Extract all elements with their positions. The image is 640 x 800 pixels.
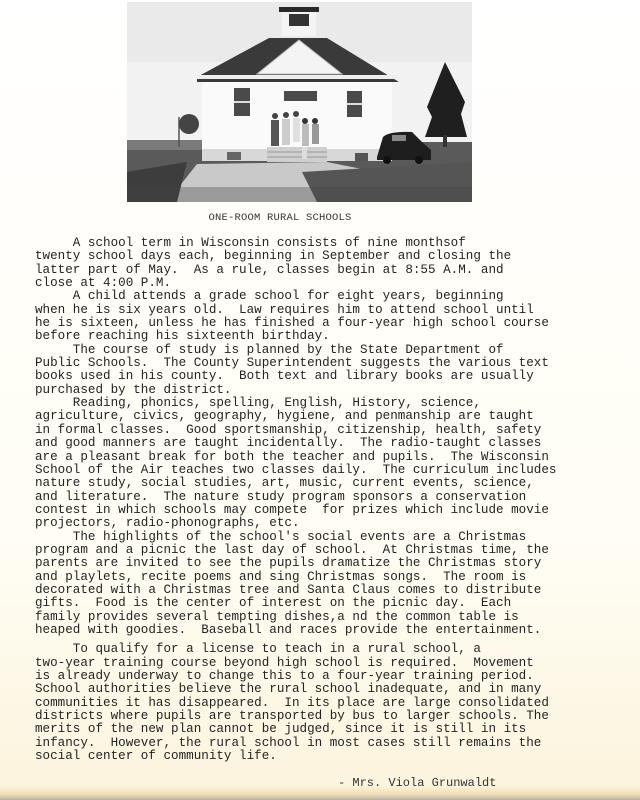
- paragraph: A school term in Wisconsin consists of n…: [35, 237, 635, 290]
- text-line: infancy. However, the rural school in mo…: [35, 737, 635, 750]
- text-line: School authorities believe the rural sch…: [35, 683, 635, 696]
- paragraph: A child attends a grade school for eight…: [35, 290, 635, 343]
- text-line: communities it has disappeared. In its p…: [35, 697, 635, 710]
- paragraph: The highlights of the school's social ev…: [35, 531, 635, 638]
- text-line: are a pleasant break for both the teache…: [35, 451, 635, 464]
- text-line: To qualify for a license to teach in a r…: [35, 643, 635, 656]
- paragraph: The course of study is planned by the St…: [35, 344, 635, 397]
- text-line: purchased by the district.: [35, 384, 635, 397]
- text-line: heaped with goodies. Baseball and races …: [35, 624, 635, 637]
- paper-edge: [0, 786, 640, 800]
- text-line: he is sixteen, unless he has finished a …: [35, 317, 635, 330]
- text-line: is already underway to change this to a …: [35, 670, 635, 683]
- text-line: The course of study is planned by the St…: [35, 344, 635, 357]
- text-line: A child attends a grade school for eight…: [35, 290, 635, 303]
- text-line: gifts. Food is the center of interest on…: [35, 597, 635, 610]
- text-line: before reaching his sixteenth birthday.: [35, 330, 635, 343]
- text-line: latter part of May. As a rule, classes b…: [35, 264, 635, 277]
- text-line: parents are invited to see the pupils dr…: [35, 557, 635, 570]
- text-line: decorated with a Christmas tree and Sant…: [35, 584, 635, 597]
- text-line: family provides several tempting dishes,…: [35, 611, 635, 624]
- paragraph: To qualify for a license to teach in a r…: [35, 643, 635, 763]
- text-line: merits of the new plan cannot be judged,…: [35, 723, 635, 736]
- text-line: close at 4:00 P.M.: [35, 277, 635, 290]
- article-body: A school term in Wisconsin consists of n…: [35, 237, 635, 763]
- text-line: projectors, radio-phonographs, etc.: [35, 517, 635, 530]
- text-line: Public Schools. The County Superintenden…: [35, 357, 635, 370]
- text-line: agriculture, civics, geography, hygiene,…: [35, 410, 635, 423]
- text-line: in formal classes. Good sportsmanship, c…: [35, 424, 635, 437]
- text-line: when he is six years old. Law requires h…: [35, 304, 635, 317]
- text-line: two-year training course beyond high sch…: [35, 657, 635, 670]
- text-line: A school term in Wisconsin consists of n…: [35, 237, 635, 250]
- text-line: nature study, social studies, art, music…: [35, 477, 635, 490]
- text-line: and good manners are taught incidentally…: [35, 437, 635, 450]
- text-line: and literature. The nature study program…: [35, 491, 635, 504]
- document-page: ONE-ROOM RURAL SCHOOLS A school term in …: [0, 0, 640, 800]
- text-line: Reading, phonics, spelling, English, His…: [35, 397, 635, 410]
- text-line: social center of community life.: [35, 750, 635, 763]
- text-line: and playlets, recite poems and sing Chri…: [35, 571, 635, 584]
- text-line: contest in which schools may compete for…: [35, 504, 635, 517]
- text-line: districts where pupils are transported b…: [35, 710, 635, 723]
- paragraph: Reading, phonics, spelling, English, His…: [35, 397, 635, 530]
- text-line: School of the Air teaches two classes da…: [35, 464, 635, 477]
- text-line: books used in his county. Both text and …: [35, 370, 635, 383]
- text-line: The highlights of the school's social ev…: [35, 531, 635, 544]
- text-line: program and a picnic the last day of sch…: [35, 544, 635, 557]
- article-title: ONE-ROOM RURAL SCHOOLS: [0, 212, 560, 224]
- schoolhouse-photo-icon: [127, 2, 472, 202]
- text-line: twenty school days each, beginning in Se…: [35, 250, 635, 263]
- schoolhouse-photo: [127, 2, 472, 202]
